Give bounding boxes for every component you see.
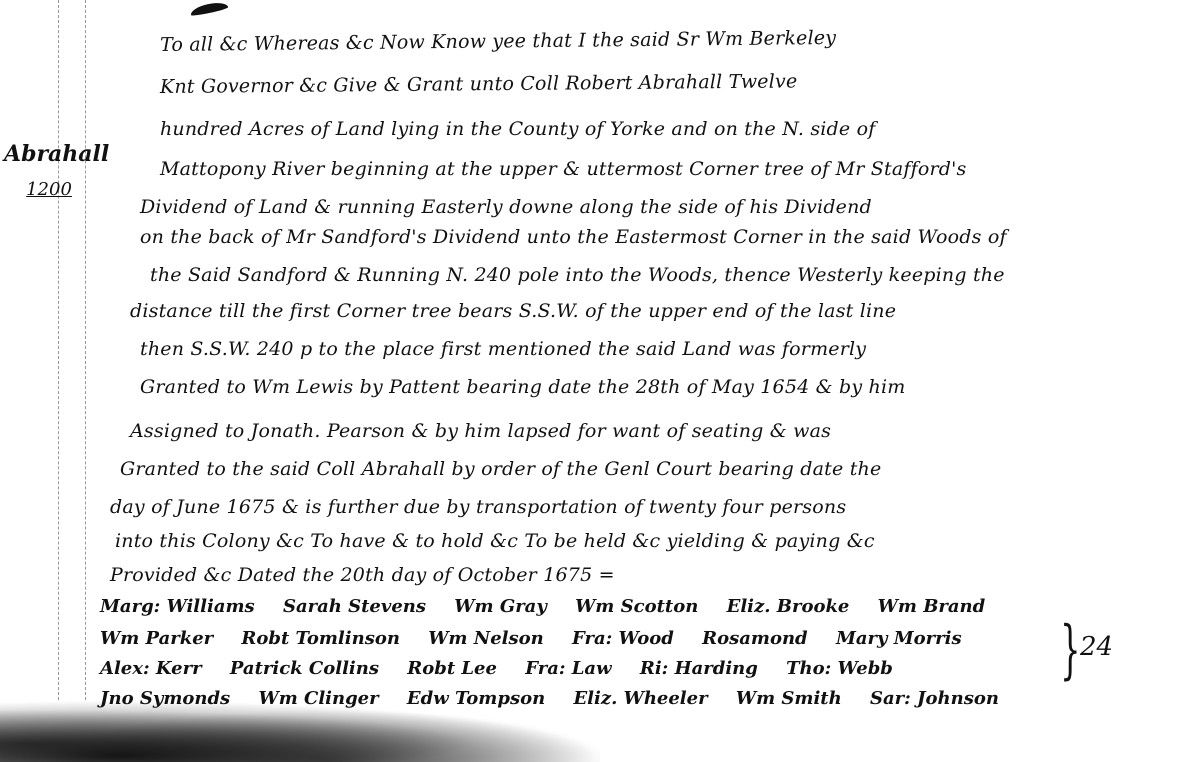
patent-text-line: hundred Acres of Land lying in the Count… bbox=[160, 118, 875, 140]
headright-name: Wm Parker bbox=[100, 628, 213, 649]
headright-name: Wm Scotton bbox=[575, 596, 698, 617]
headright-name: Fra: Law bbox=[525, 658, 611, 679]
margin-patentee-name: Abrahall bbox=[4, 140, 94, 168]
ink-flourish bbox=[189, 0, 228, 17]
scan-smudge bbox=[0, 700, 600, 762]
headright-name: Wm Brand bbox=[878, 596, 986, 617]
patent-text-line: into this Colony &c To have & to hold &c… bbox=[115, 530, 875, 552]
patent-text-line: distance till the first Corner tree bear… bbox=[130, 300, 896, 322]
headrights-row: Marg: Williams Sarah Stevens Wm Gray Wm … bbox=[100, 596, 1007, 617]
manuscript-page: Abrahall 1200 To all &c Whereas &c Now K… bbox=[0, 0, 1200, 762]
headright-name: Wm Smith bbox=[736, 688, 842, 709]
margin-acreage: 1200 bbox=[4, 176, 94, 204]
headright-name: Sar: Johnson bbox=[870, 688, 999, 709]
headright-name: Patrick Collins bbox=[230, 658, 379, 679]
margin-note: Abrahall 1200 bbox=[4, 140, 94, 204]
patent-text-line: Granted to Wm Lewis by Pattent bearing d… bbox=[140, 376, 905, 398]
patent-text-line: Mattopony River beginning at the upper &… bbox=[160, 158, 966, 180]
patent-text-line: Dividend of Land & running Easterly down… bbox=[140, 196, 872, 218]
headright-name: Marg: Williams bbox=[100, 596, 255, 617]
headright-name: Eliz. Brooke bbox=[727, 596, 850, 617]
patent-text-line: then S.S.W. 240 p to the place first men… bbox=[140, 338, 866, 360]
headright-name: Fra: Wood bbox=[572, 628, 674, 649]
patent-text-line: Knt Governor &c Give & Grant unto Coll R… bbox=[160, 70, 798, 98]
patent-text-line: Granted to the said Coll Abrahall by ord… bbox=[120, 458, 881, 480]
headright-name: Wm Gray bbox=[454, 596, 547, 617]
patent-text-line: To all &c Whereas &c Now Know yee that I… bbox=[160, 27, 836, 56]
headright-name: Ri: Harding bbox=[640, 658, 758, 679]
headright-name: Sarah Stevens bbox=[283, 596, 426, 617]
headright-name: Mary Morris bbox=[836, 628, 962, 649]
patent-text-line: day of June 1675 & is further due by tra… bbox=[110, 496, 846, 518]
headright-name: Alex: Kerr bbox=[100, 658, 202, 679]
patent-text-line: Assigned to Jonath. Pearson & by him lap… bbox=[130, 420, 831, 442]
patent-text-line: the Said Sandford & Running N. 240 pole … bbox=[150, 264, 1005, 286]
patent-text-line: Provided &c Dated the 20th day of Octobe… bbox=[110, 564, 615, 586]
headright-name: Rosamond bbox=[702, 628, 808, 649]
headright-name: Tho: Webb bbox=[786, 658, 893, 679]
binding-guide-line bbox=[85, 0, 86, 700]
headright-name: Wm Nelson bbox=[428, 628, 544, 649]
headright-name: Robt Tomlinson bbox=[241, 628, 400, 649]
headright-name: Robt Lee bbox=[407, 658, 497, 679]
binding-guide-line bbox=[58, 0, 59, 700]
headrights-count: 24 bbox=[1080, 632, 1113, 662]
headrights-row: Alex: Kerr Patrick Collins Robt Lee Fra:… bbox=[100, 658, 915, 679]
headrights-row: Wm Parker Robt Tomlinson Wm Nelson Fra: … bbox=[100, 628, 984, 649]
headrights-bracket: } bbox=[1060, 618, 1080, 682]
patent-text-line: on the back of Mr Sandford's Dividend un… bbox=[140, 226, 1007, 248]
